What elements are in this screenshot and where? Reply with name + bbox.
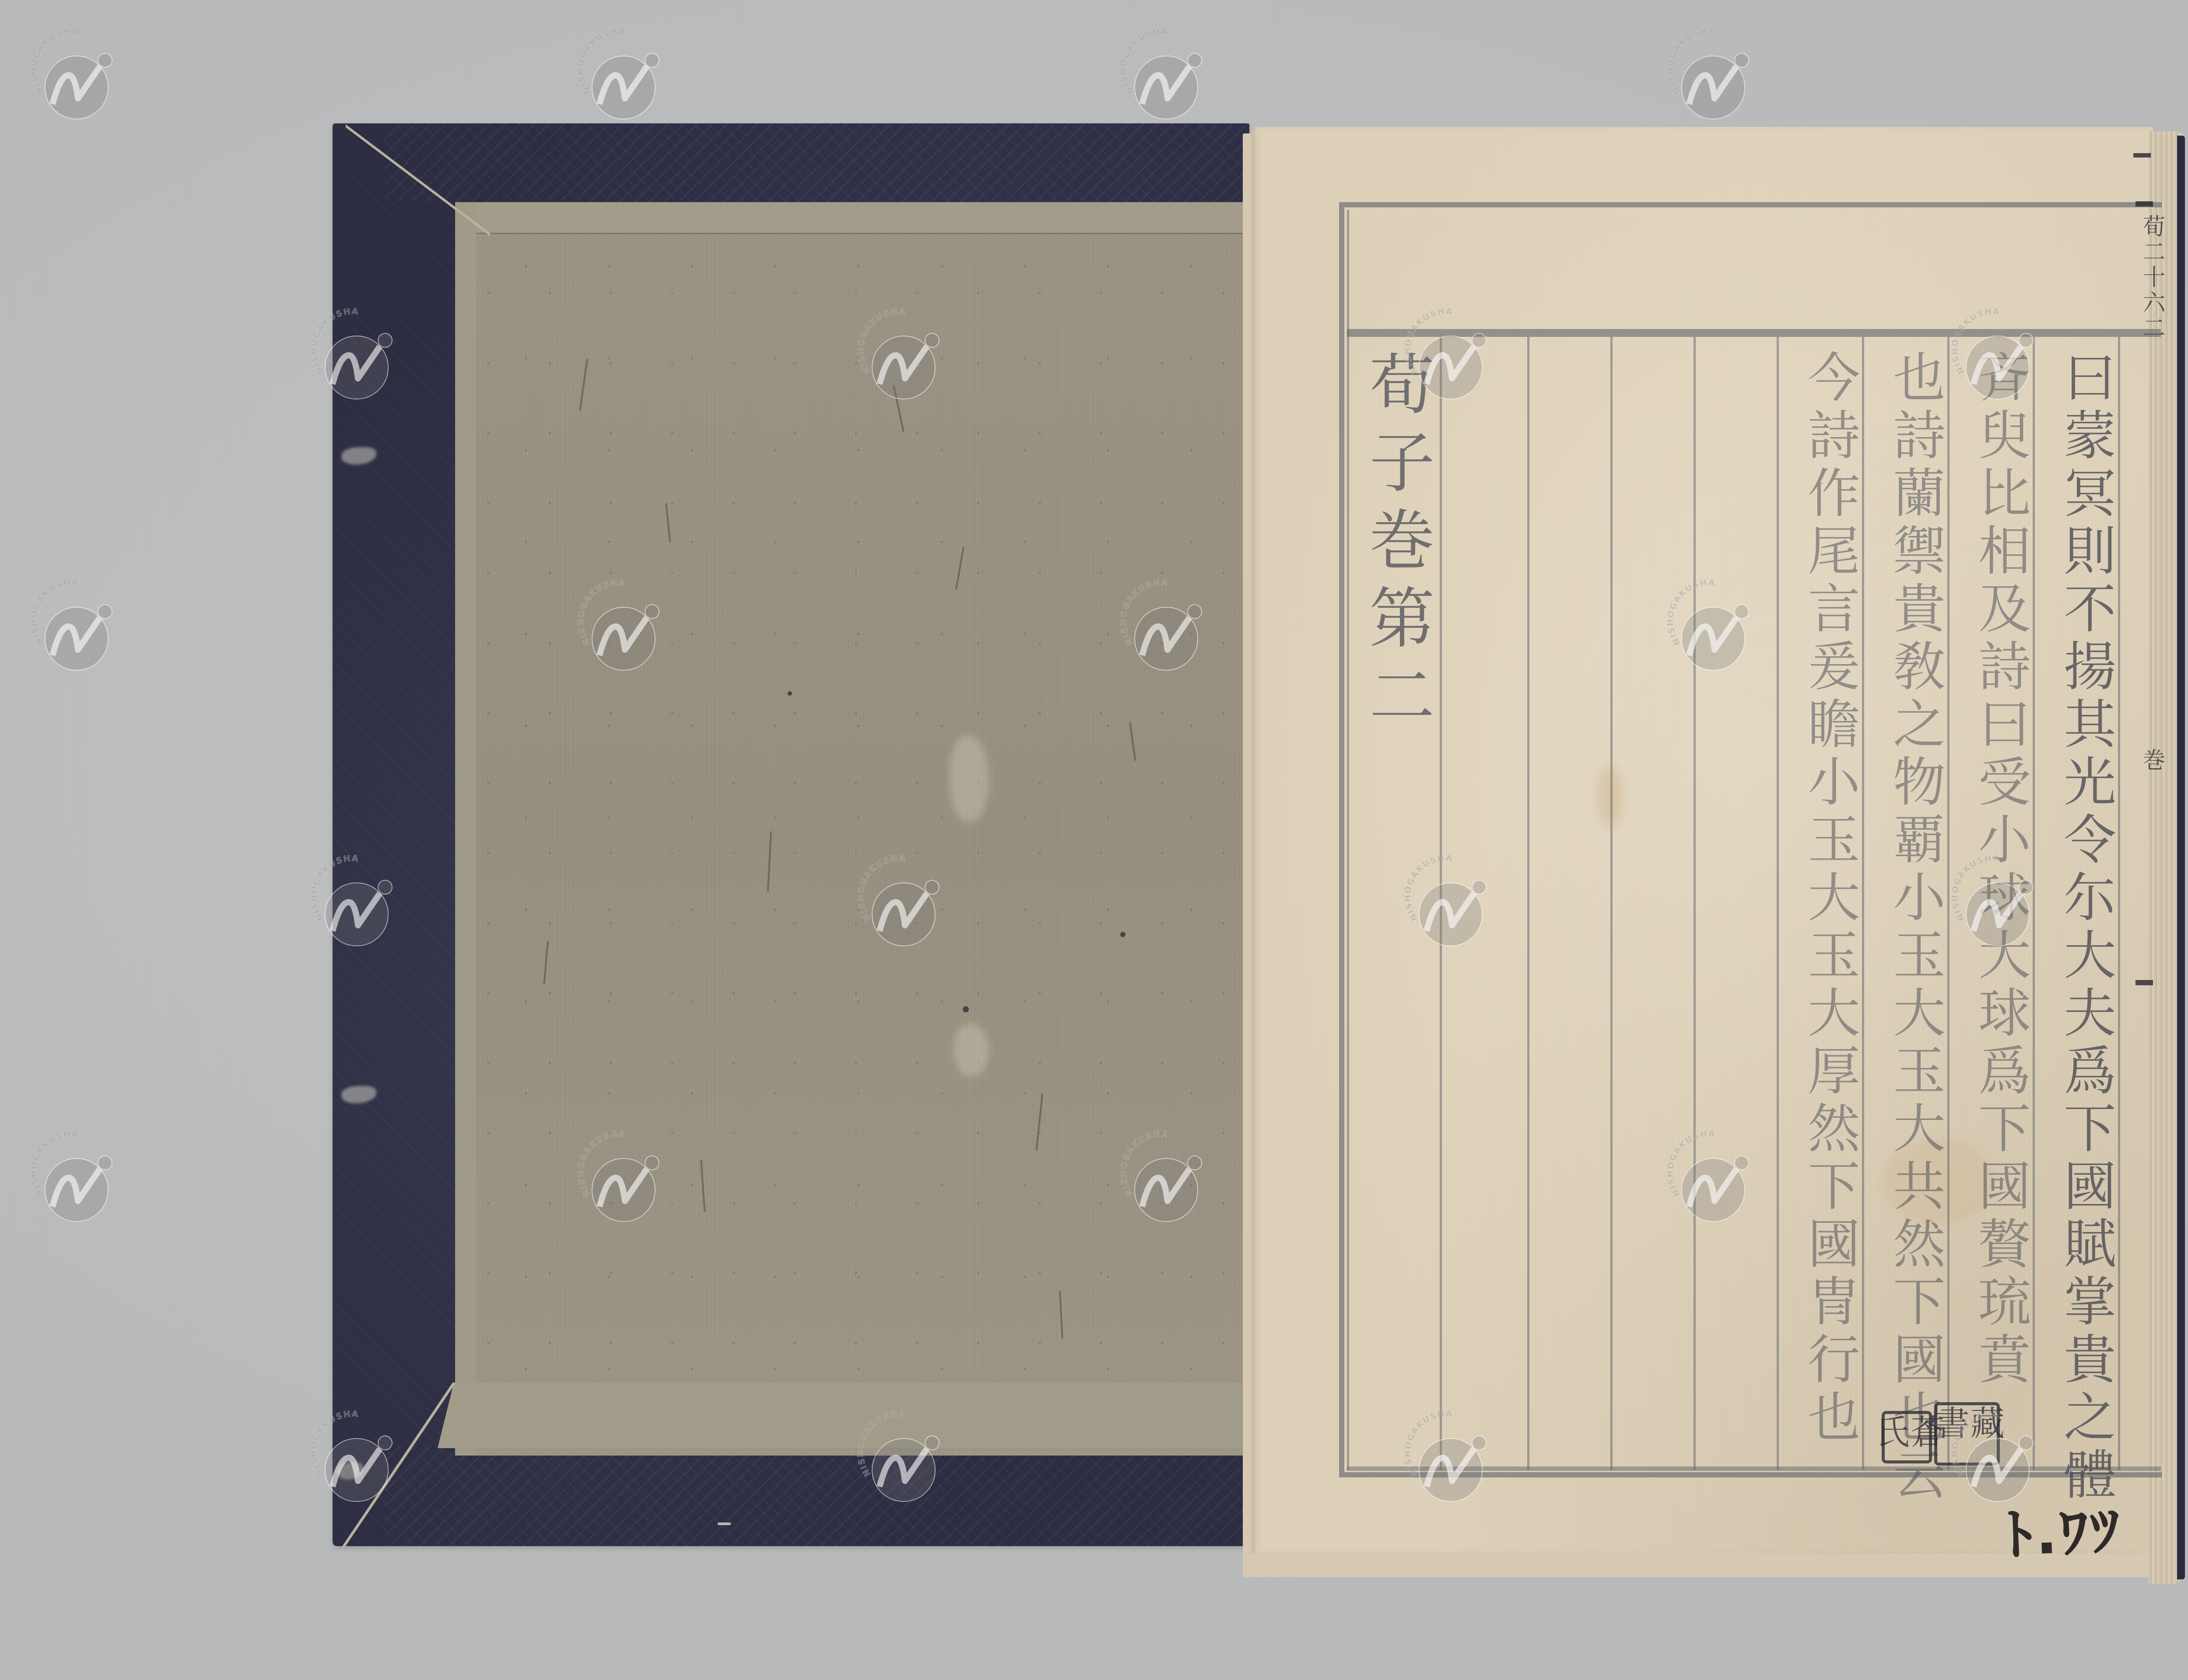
cover-sayagata-pattern-bottom [385,1445,1249,1546]
back-cover-edge [2177,136,2185,1579]
fore-edge-title-marks: 荀二十六二 [2142,214,2168,341]
cover-sayagata-pattern-top [385,123,1249,202]
column-rule [1862,337,1864,1470]
volume-title: 荀子巻第二 [1361,350,1431,739]
header-band-rule [1347,329,2161,337]
fore-edge-ink-mark [2133,153,2151,157]
text-column: 也詩蘭禦貴敎之物覇小玉大玉大共然下國也云 [1875,350,1945,1505]
ownership-seal-left: 蒼氏 [1882,1411,1932,1463]
footer-rule [1347,1466,2161,1471]
column-rule [1527,337,1529,1470]
fore-edge-char: 二 [2139,316,2165,341]
fore-edge-ink-mark [2135,980,2153,985]
corner-fold-bottom-left [337,1382,459,1549]
paper-speck [963,1006,969,1012]
cover-turn-in-top [476,202,1251,234]
text-column: 曰蒙冥則不揚其光令尓大夫爲下國賦掌貴之體 [2046,350,2116,1505]
cover-wear-spot [341,447,376,465]
printed-frame-inner-rule [1347,210,2161,1470]
text-column: 斉臾比相及詩曰受小球大球爲下國贅琉賁 [1960,350,2030,1389]
column-rule [2033,337,2035,1470]
fore-edge-volume-mark: 巻 [2142,748,2168,773]
column-rule [1440,337,1442,1470]
column-rule [1947,337,1950,1470]
endpaper [476,202,1251,1456]
cover-turn-in-bottom [438,1382,1251,1448]
fore-edge-char: 巻 [2139,748,2165,773]
paper-speck [1120,932,1126,937]
column-rule [1777,337,1779,1470]
fore-edge-char: 十 [2139,265,2165,290]
fore-edge-char: 二 [2139,240,2165,265]
corner-fold-top-left [346,123,490,237]
text-column: 今詩作尾言爰瞻小玉大玉大厚然下國冑行也 [1790,350,1860,1447]
paper-speck [788,691,792,696]
paper-pale-patch [954,1024,989,1076]
column-rule [1610,337,1613,1470]
column-rule [1694,337,1696,1470]
fore-edge-ink-mark [2135,201,2153,206]
cover-wear-spot [341,1086,376,1103]
handwritten-catalog-number: ﾄ.ﾜﾂ [2003,1485,2123,1571]
fore-edge-char: 六 [2139,290,2165,316]
fore-edge-char: 荀 [2139,214,2165,240]
ownership-seal-right: 藏書 [1934,1402,2000,1466]
cover-pencil-mark [718,1522,731,1525]
column-rule [2118,337,2120,1470]
